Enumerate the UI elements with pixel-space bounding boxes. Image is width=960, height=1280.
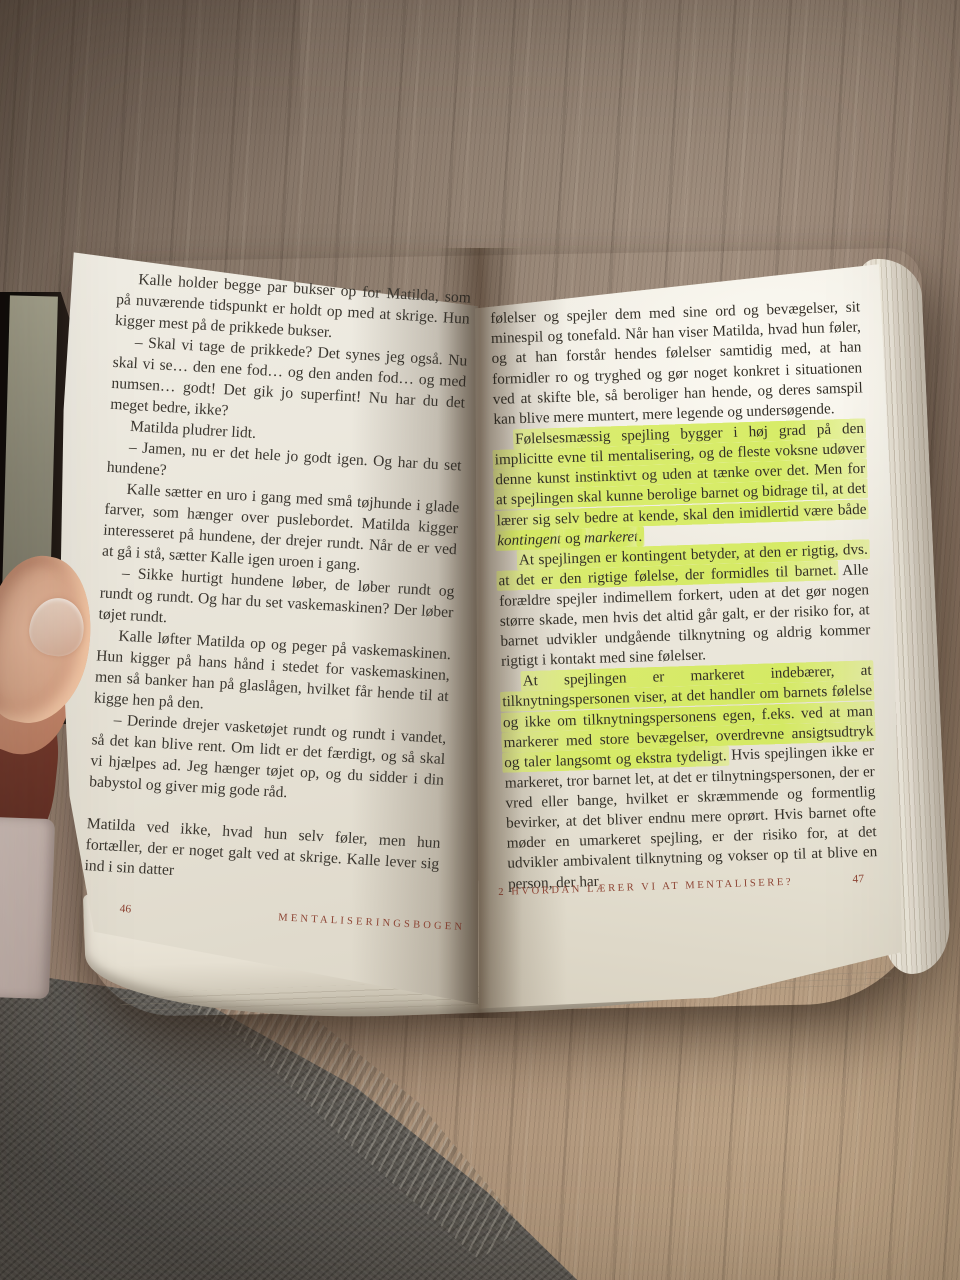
paragraph: At spejlingen er kontingent betyder, at …: [498, 540, 872, 673]
text-segment: Kalle sætter en uro i gang med små tøjhu…: [102, 481, 460, 574]
book-flyleaf-edge: [2, 295, 58, 596]
paragraph: At spejlingen er markeret indebærer, at …: [501, 661, 878, 895]
page-number-right: 47: [852, 873, 864, 885]
text-segment: følelser og spejler dem med sine ord og …: [490, 298, 863, 428]
left-page-text: Kalle holder begge par bukser op for Mat…: [84, 268, 471, 896]
highlighted-text: markeret: [582, 526, 641, 548]
highlighted-text: kontingent: [495, 529, 564, 551]
text-segment: Kalle løfter Matilda op og peger på vask…: [93, 628, 451, 713]
page-number-left: 46: [119, 903, 131, 916]
highlighted-text: Følelsesmæssig spejling bygger i høj gra…: [492, 418, 868, 531]
text-segment: Matilda ved ikke, hvad hun selv føler, m…: [84, 815, 441, 879]
held-object-pink: [0, 817, 55, 999]
paragraph: følelser og spejler dem med sine ord og …: [490, 297, 864, 430]
text-segment: – Derinde drejer vasketøjet rundt og run…: [89, 711, 447, 801]
right-page-text: følelser og spejler dem med sine ord og …: [490, 297, 878, 894]
text-segment: – Skal vi tage de prikkede? Det synes je…: [110, 334, 468, 419]
paragraph: Følelsesmæssig spejling bygger i høj gra…: [494, 419, 868, 552]
highlighted-text: .: [636, 526, 644, 546]
